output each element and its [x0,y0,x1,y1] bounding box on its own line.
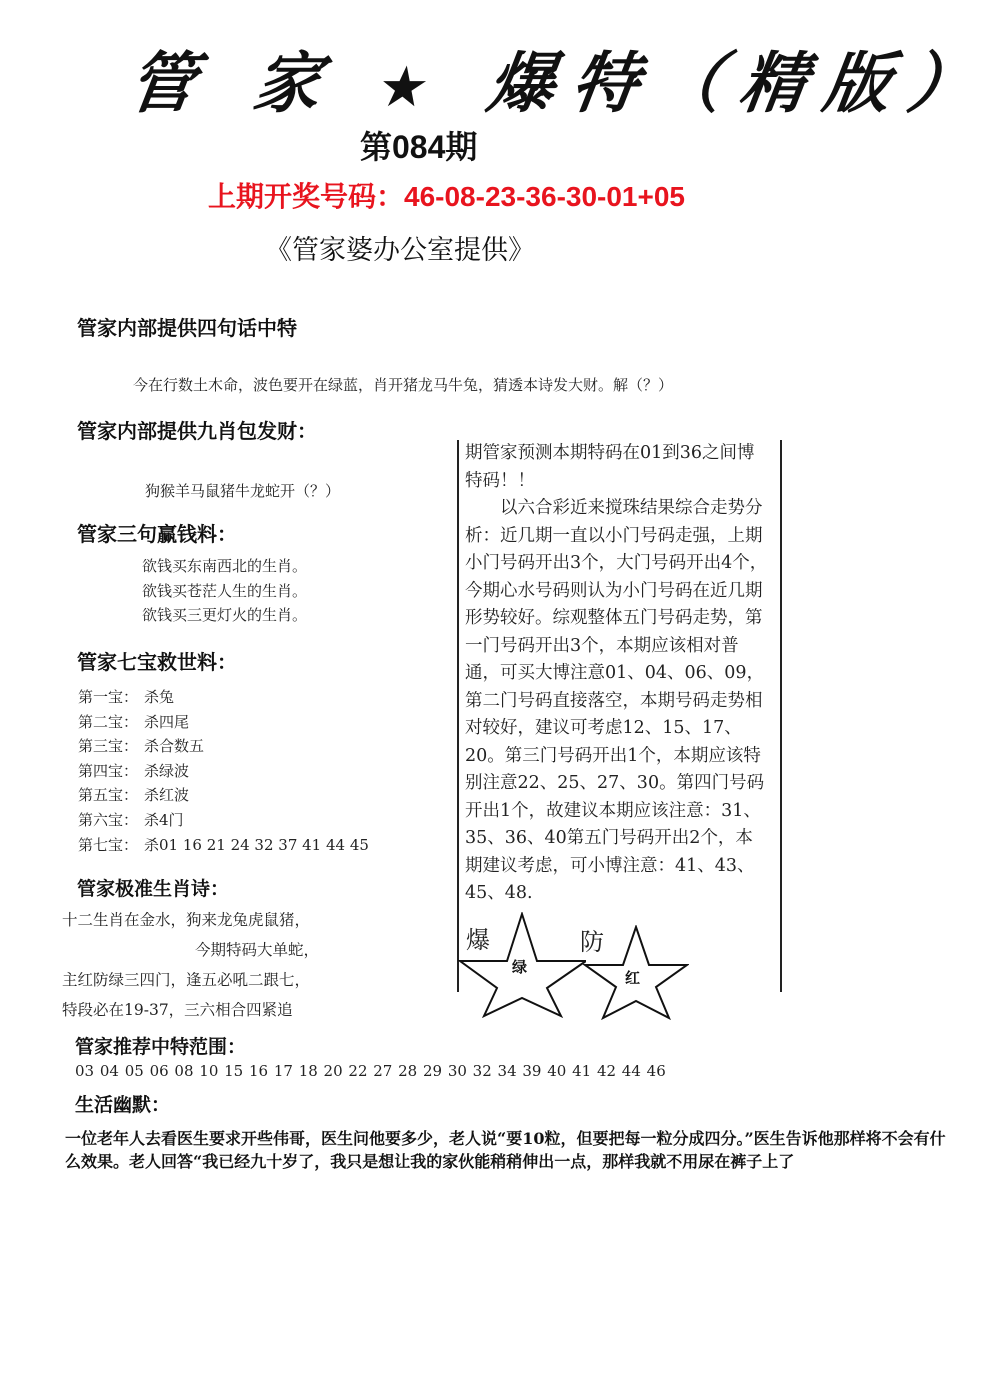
treasure-item: 第三宝：杀合数五 [78,734,369,759]
star-green-label: 绿 [512,956,527,977]
three-lines-item: 欲钱买东南西北的生肖。 [142,554,307,579]
treasure-item: 第四宝：杀绿波 [78,759,369,784]
poem-line: 十二生肖在金水，狗来龙兔虎鼠猪， [62,905,319,935]
last-draw-label: 上期开奖号码： [208,181,404,212]
humor-text: 一位老年人去看医生要求开些伟哥，医生问他要多少，老人说“要10粒，但要把每一粒分… [65,1127,955,1173]
poem-text: 十二生肖在金水，狗来龙兔虎鼠猪， 今期特码大单蛇， 主红防绿三四门，逢五必吼二跟… [62,905,319,1025]
star-red: 红 [583,925,693,1035]
poem-heading: 管家极准生肖诗： [77,874,229,901]
four-lines-heading: 管家内部提供四句话中特 [77,312,297,341]
poem-line: 今期特码大单蛇， [62,935,319,965]
treasure-item: 第二宝：杀四尾 [78,710,369,735]
title-left: 管 家 [124,45,344,122]
analysis-text: 期管家预测本期特码在01到36之间博特码！！ 以六合彩近来搅珠结果综合走势分析：… [465,440,770,908]
provider-line: 《管家婆办公室提供》 [265,228,535,267]
nine-zodiac-text: 狗猴羊马鼠猪牛龙蛇开（？） [145,480,340,501]
treasure-item: 第七宝：杀01 16 21 24 32 37 41 44 45 [78,833,369,858]
page-title: 管 家 ★ 爆特（精版） [123,30,836,125]
poem-line: 主红防绿三四门，逢五必吼二跟七， [62,965,319,995]
issue-number: 第084期 [360,122,477,168]
three-lines-list: 欲钱买东南西北的生肖。 欲钱买苍茫人生的生肖。 欲钱买三更灯火的生肖。 [142,554,307,628]
three-lines-heading: 管家三句赢钱料： [77,518,237,547]
humor-heading: 生活幽默： [75,1090,170,1117]
three-lines-item: 欲钱买苍茫人生的生肖。 [142,579,307,604]
treasure-item: 第六宝：杀4门 [78,808,369,833]
star-red-label: 红 [625,967,640,988]
seven-treasures-heading: 管家七宝救世料： [77,646,237,675]
last-draw-result: 上期开奖号码：46-08-23-36-30-01+05 [208,175,685,215]
analysis-para-2: 以六合彩近来搅珠结果综合走势分析：近几期一直以小门号码走强，上期小门号码开出3个… [465,495,770,908]
poem-line: 特段必在19-37，三六相合四紧追 [62,995,319,1025]
analysis-para-1: 期管家预测本期特码在01到36之间博特码！！ [465,440,770,495]
treasure-item: 第一宝：杀兔 [78,685,369,710]
star-icon: ★ [374,55,451,120]
three-lines-item: 欲钱买三更灯火的生肖。 [142,603,307,628]
four-lines-text: 今在行数土木命，波色要开在绿蓝，肖开猪龙马牛兔，猜透本诗发大财。解（？） [133,374,673,395]
range-numbers: 03 04 05 06 08 10 15 16 17 18 20 22 27 2… [75,1062,666,1080]
range-heading: 管家推荐中特范围： [75,1032,246,1059]
seven-treasures-list: 第一宝：杀兔 第二宝：杀四尾 第三宝：杀合数五 第四宝：杀绿波 第五宝：杀红波 … [78,685,369,857]
treasure-item: 第五宝：杀红波 [78,783,369,808]
title-right: 爆特（精版） [483,45,981,122]
star-green: 绿 [458,912,568,1022]
last-draw-numbers: 46-08-23-36-30-01+05 [404,181,685,212]
nine-zodiac-heading: 管家内部提供九肖包发财： [77,415,317,444]
